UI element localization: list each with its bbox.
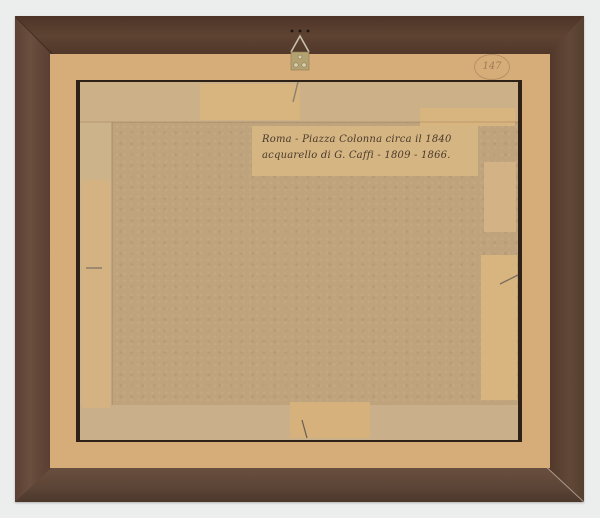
frame-rail-bottom xyxy=(15,466,584,502)
label-line-1: Roma - Piazza Colonna circa il 1840 xyxy=(262,132,468,148)
tape-top-left xyxy=(200,84,300,120)
tape-top-right xyxy=(420,108,515,126)
tape-right-lower xyxy=(481,255,517,400)
handwritten-label: Roma - Piazza Colonna circa il 1840 acqu… xyxy=(252,126,478,176)
tape-bottom-right xyxy=(290,402,370,438)
tape-left-strip xyxy=(82,180,110,408)
tape-right-upper xyxy=(484,162,516,232)
frame-rail-left xyxy=(15,16,53,502)
frame-rail-right xyxy=(546,16,584,502)
sawtooth-hanger-icon xyxy=(288,28,312,74)
label-line-2: acquarello di G. Caffi - 1809 - 1866. xyxy=(262,148,468,164)
inventory-number-mark: 147 xyxy=(474,54,510,80)
wall-background xyxy=(0,0,600,16)
